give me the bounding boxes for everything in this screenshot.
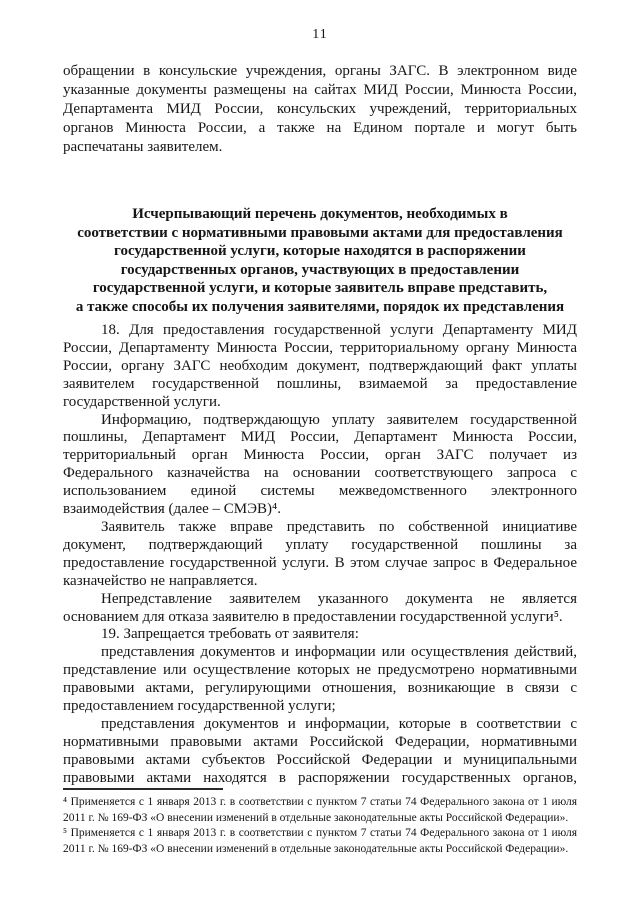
section-heading-line: а также способы их получения заявителями…	[40, 298, 600, 317]
footnote-4: ⁴ Применяется с 1 января 2013 г. в соотв…	[63, 795, 577, 826]
footnote-area: ⁴ Применяется с 1 января 2013 г. в соотв…	[63, 788, 577, 857]
paragraph-applicant-initiative: Заявитель также вправе представить по со…	[63, 519, 577, 591]
paragraph-19-item-2: представления документов и информации, к…	[63, 716, 577, 788]
body-text: 18. Для предоставления государственной у…	[63, 322, 577, 788]
paragraph-info-smev: Информацию, подтверждающую уплату заявит…	[63, 412, 577, 519]
paragraph-18: 18. Для предоставления государственной у…	[63, 322, 577, 412]
paragraph-19: 19. Запрещается требовать от заявителя:	[63, 626, 577, 644]
paragraph-non-submission: Непредставление заявителем указанного до…	[63, 591, 577, 627]
section-heading-line: соответствии с нормативными правовыми ак…	[40, 224, 600, 243]
paragraph-19-item-1: представления документов и информации ил…	[63, 644, 577, 716]
section-heading-line: государственных органов, участвующих в п…	[40, 261, 600, 280]
section-heading-line: государственной услуги, которые находятс…	[40, 242, 600, 261]
intro-paragraph: обращении в консульские учреждения, орга…	[63, 62, 577, 157]
footnote-5: ⁵ Применяется с 1 января 2013 г. в соотв…	[63, 826, 577, 857]
footnote-separator	[63, 788, 223, 790]
section-heading-line: Исчерпывающий перечень документов, необх…	[40, 205, 600, 224]
section-heading-line: государственной услуги, и которые заявит…	[40, 279, 600, 298]
section-heading: Исчерпывающий перечень документов, необх…	[40, 205, 600, 317]
document-page: 11 обращении в консульские учреждения, о…	[0, 0, 640, 905]
page-number: 11	[0, 27, 640, 43]
